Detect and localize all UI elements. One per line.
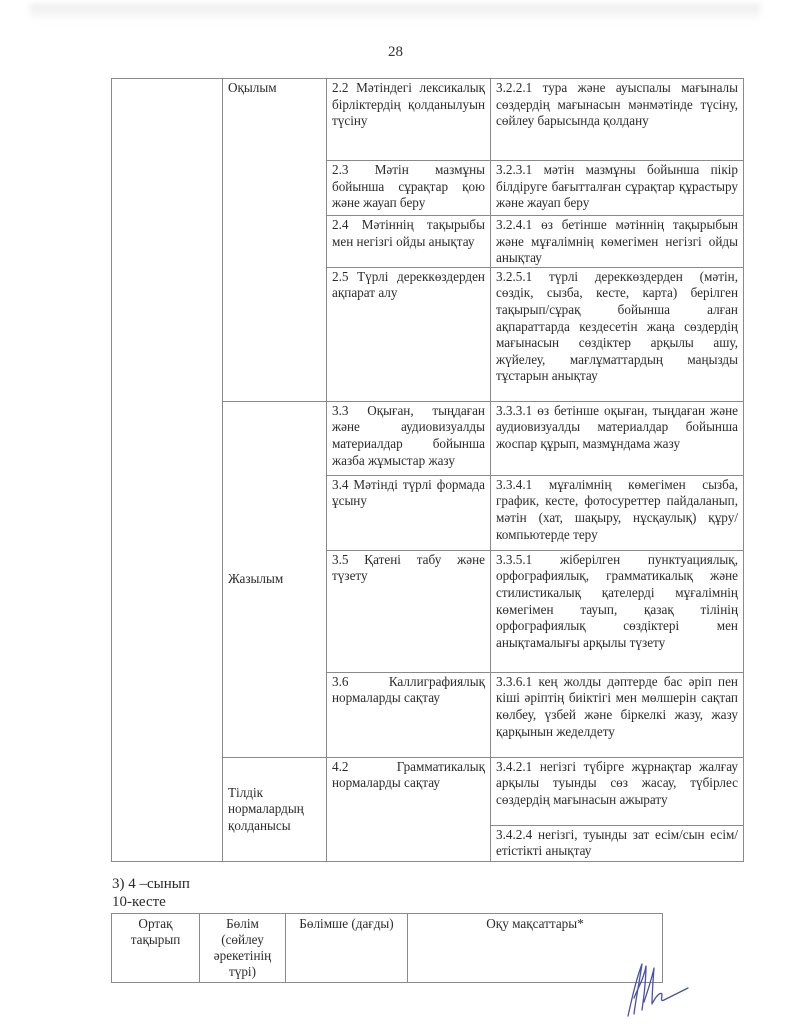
objective-cell: 3.3.4.1 мұғалімнің көмегімен сызба, граф…: [491, 475, 744, 550]
objective-cell: 3.4.2.1 негізгі түбірге жұрнақтар жалғау…: [491, 757, 744, 825]
subsection-cell: 2.5 Түрлі дереккөздерден ақпарат алу: [327, 267, 491, 401]
section-cell: Тілдік нормалардың қолданысы: [223, 757, 327, 861]
header-common-theme: Ортақ тақырып: [112, 914, 200, 983]
subsection-cell: 4.2 Грамматикалық нормаларды сақтау: [327, 757, 491, 861]
objective-cell: 3.2.3.1 мәтін мазмұны бойынша пікір білд…: [491, 161, 744, 216]
scan-artifact: [30, 4, 760, 22]
table-label: 10-кесте: [112, 894, 166, 911]
objective-cell: 3.2.5.1 түрлі дереккөздерден (мәтін, сөз…: [491, 267, 744, 401]
objective-cell: 3.3.6.1 кең жолды дәптерде бас әріп пен …: [491, 672, 744, 757]
signature: [622, 958, 692, 1024]
curriculum-table: Оқылым 2.2 Мәтіндегі лексикалық бірлікте…: [111, 78, 744, 862]
table-header-row: Ортақ тақырып Бөлім (сөйлеу әрекетінің т…: [112, 914, 663, 983]
subsection-cell: 3.4 Мәтінді түрлі формада ұсыну: [327, 475, 491, 550]
header-section: Бөлім (сөйлеу әрекетінің түрі): [200, 914, 286, 983]
subsection-cell: 2.3 Мәтін мазмұны бойынша сұрақтар қою ж…: [327, 161, 491, 216]
table-10-header: Ортақ тақырып Бөлім (сөйлеу әрекетінің т…: [111, 913, 663, 983]
subsection-cell: 3.6 Каллиграфиялық нормаларды сақтау: [327, 672, 491, 757]
section-cell: Оқылым: [223, 79, 327, 402]
grade-heading: 3) 4 –сынып: [112, 876, 190, 893]
objective-cell: 3.4.2.4 негізгі, туынды зат есім/сын есі…: [491, 825, 744, 861]
common-theme-cell: [112, 79, 223, 862]
objective-cell: 3.2.4.1 өз бетінше мәтіннің тақырыбын жә…: [491, 216, 744, 268]
subsection-cell: 2.4 Мәтіннің тақырыбы мен негізгі ойды а…: [327, 216, 491, 268]
objective-cell: 3.3.3.1 өз бетінше оқыған, тыңдаған және…: [491, 401, 744, 475]
subsection-cell: 3.5 Қатені табу және түзету: [327, 550, 491, 672]
header-subsection: Бөлімше (дағды): [286, 914, 408, 983]
subsection-cell: 3.3 Оқыған, тыңдаған және аудиовизуалды …: [327, 401, 491, 475]
objective-cell: 3.2.2.1 тура және ауыспалы мағыналы сөзд…: [491, 79, 744, 161]
section-cell: Жазылым: [223, 401, 327, 757]
page-number: 28: [0, 44, 791, 61]
objective-cell: 3.3.5.1 жіберілген пунктуациялық, орфогр…: [491, 550, 744, 672]
signature-icon: [622, 958, 692, 1020]
subsection-cell: 2.2 Мәтіндегі лексикалық бірліктердің қо…: [327, 79, 491, 161]
table-row: Оқылым 2.2 Мәтіндегі лексикалық бірлікте…: [112, 79, 744, 161]
